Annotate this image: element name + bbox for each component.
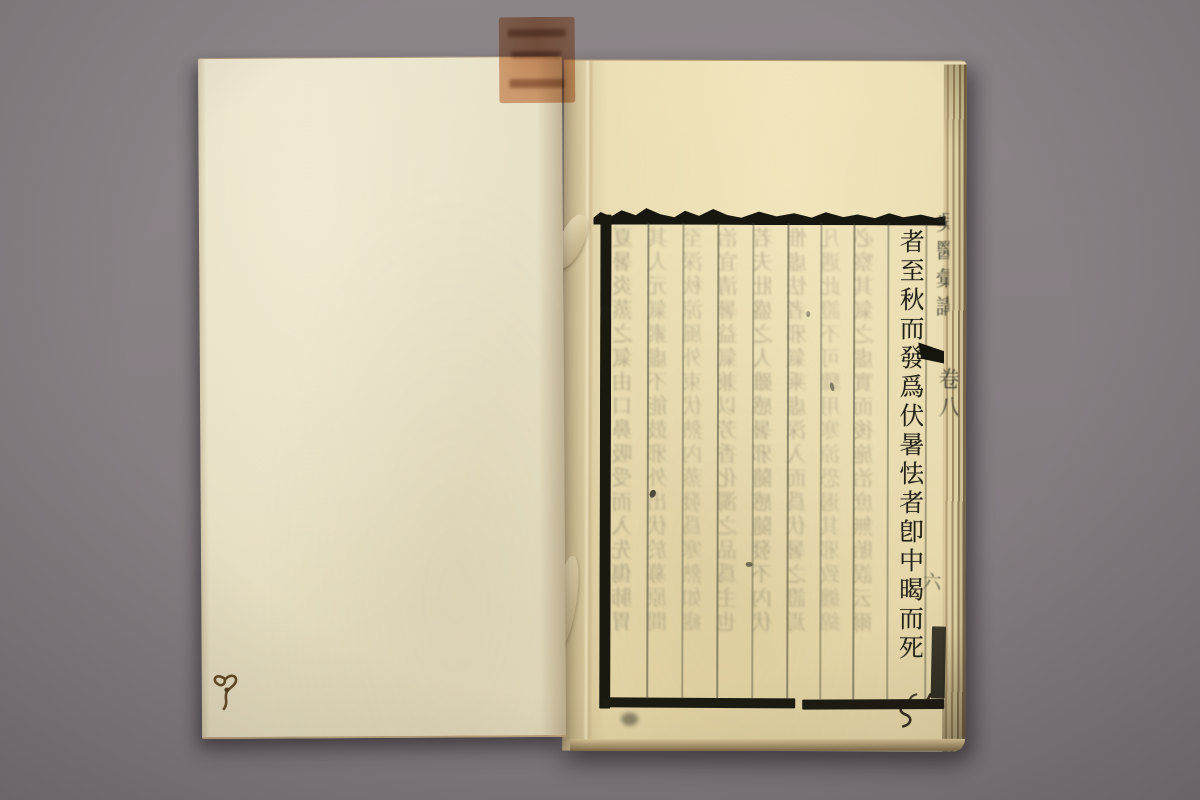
ink-speck <box>746 562 753 567</box>
left-blank-page <box>198 56 566 739</box>
printed-text-block: 夏暑炎蒸之氣由口鼻吸受而入先傷肺胃 其人元氣素虛不能鼓邪外出伏於募原間 至深秋涼… <box>562 60 967 751</box>
folio-page-number: 六 <box>922 567 945 594</box>
spine-title-partial: 吳醫彙講 <box>934 211 949 339</box>
stamp-character-marks <box>508 29 566 38</box>
ghost-showthrough-column: 必察其氣之虛實而後施治庶無貽誤云爾 <box>853 227 886 689</box>
ghost-showthrough-column: 惟虛怯者邪氣乘虛深入而爲伏暑之證焉 <box>786 227 819 689</box>
stamp-character-marks <box>509 79 564 88</box>
block-left-border <box>599 215 611 709</box>
ghost-showthrough-column: 其人元氣素虛不能鼓邪外出伏於募原間 <box>647 227 680 689</box>
main-text-column: 者至秋而發爲伏暑怯者卽中暍而死 <box>888 228 923 680</box>
spine-black-bar <box>931 626 946 698</box>
ghost-showthrough-column: 治宜清暑益氣兼以芳香化濁之品爲主也 <box>717 227 750 689</box>
right-printed-page: 夏暑炎蒸之氣由口鼻吸受而入先傷肺胃 其人元氣素虛不能鼓邪外出伏於募原間 至深秋涼… <box>562 59 967 751</box>
ghost-showthrough-column: 夏暑炎蒸之氣由口鼻吸受而入先傷肺胃 <box>612 227 645 689</box>
gray-smudge <box>621 713 638 726</box>
ghost-showthrough-column: 凡遇此證不可驟用寒涼恐遏其邪致纏綿 <box>820 227 853 689</box>
ghost-showthrough-column: 若夫壯盛之人雖感暑邪隨感隨發不內伏 <box>752 227 785 689</box>
column-rule <box>924 223 927 699</box>
ink-speck <box>806 311 810 317</box>
collection-seal-stamp <box>499 17 576 104</box>
left-page-edge-shade <box>198 59 210 737</box>
block-bottom-border-left <box>602 697 795 708</box>
spine-title-text: 吳醫彙講 <box>934 211 949 323</box>
ink-squiggle-mark <box>210 671 248 717</box>
photo-background: 夏暑炎蒸之氣由口鼻吸受而入先傷肺胃 其人元氣素虛不能鼓邪外出伏於募原間 至深秋涼… <box>0 0 1200 800</box>
left-page-gutter-shade <box>536 57 566 735</box>
block-top-border <box>593 207 945 226</box>
ghost-showthrough-column: 至深秋涼風外束伏熱內蒸發爲寒熱如瘧 <box>682 227 715 689</box>
binding-thread-curl <box>894 691 936 733</box>
chapter-label: 卷八 <box>934 367 958 441</box>
stamp-character-marks <box>511 51 561 58</box>
